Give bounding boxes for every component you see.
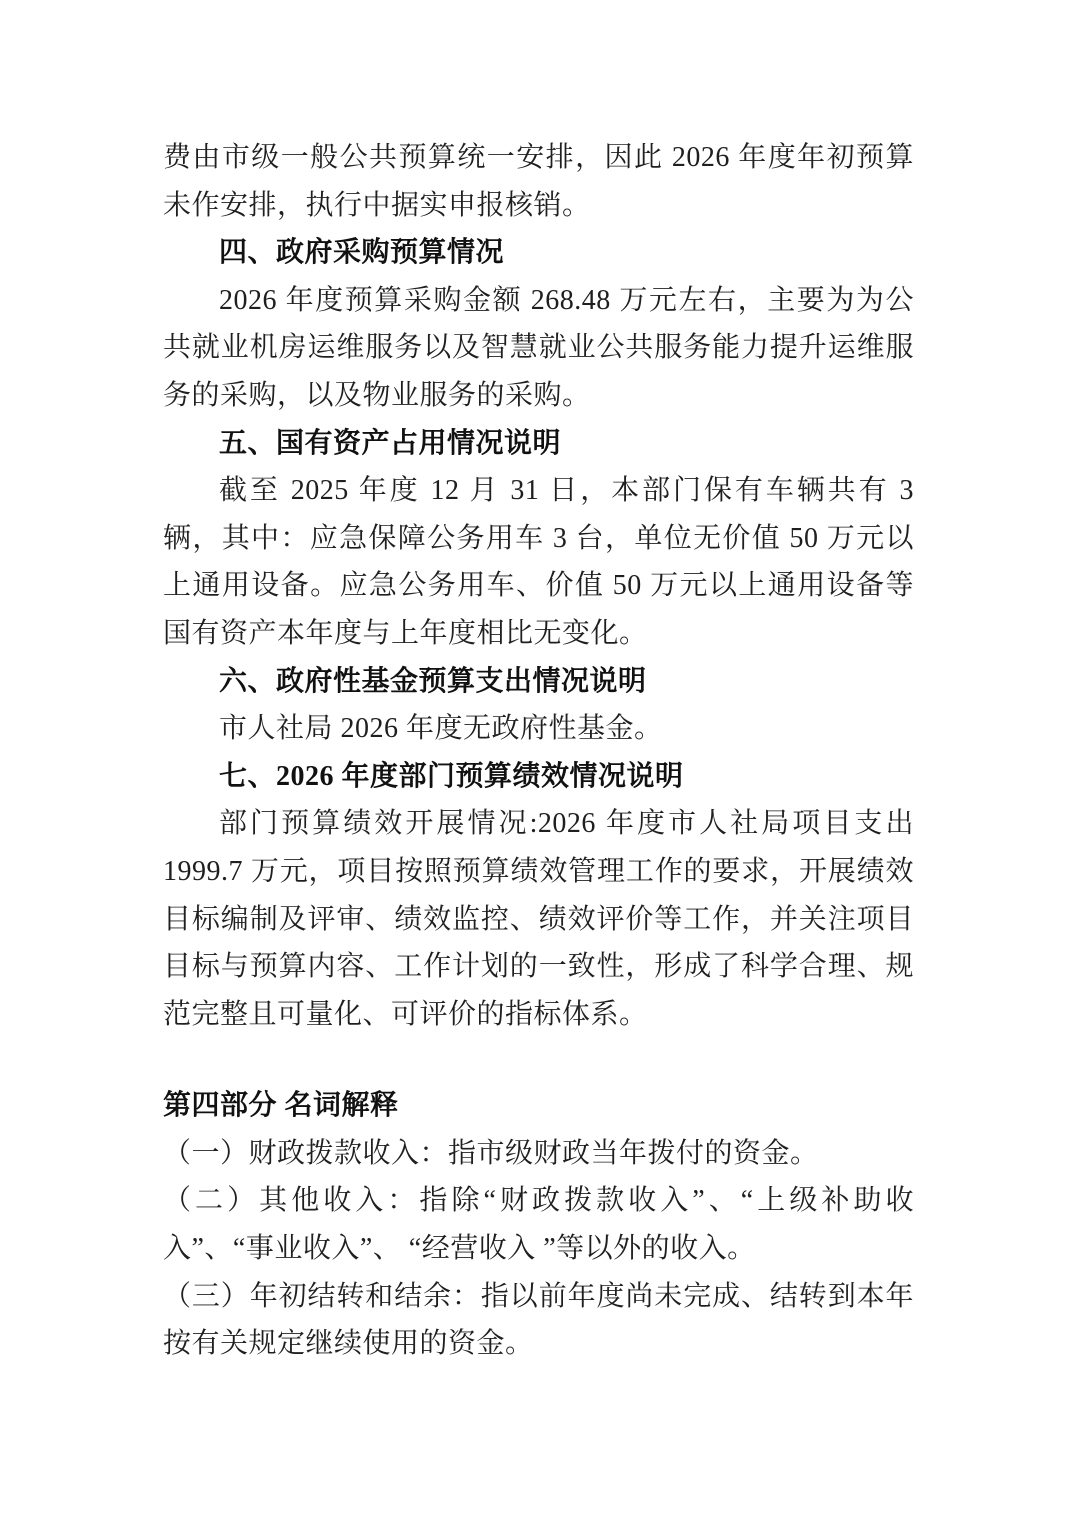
definition-carryover-and-surplus: （三）年初结转和结余：指以前年度尚未完成、结转到本年按有关规定继续使用的资金。: [163, 1273, 914, 1368]
section-heading-glossary: 第四部分 名词解释: [163, 1082, 914, 1130]
heading-state-assets: 五、国有资产占用情况说明: [163, 420, 914, 468]
paragraph-budget-performance-detail: 部门预算绩效开展情况:2026 年度市人社局项目支出 1999.7 万元，项目按…: [163, 800, 914, 1038]
definition-fiscal-appropriation-income: （一）财政拨款收入：指市级财政当年拨付的资金。: [163, 1130, 914, 1178]
paragraph-procurement-detail: 2026 年度预算采购金额 268.48 万元左右，主要为为公共就业机房运维服务…: [163, 277, 914, 420]
paragraph-budget-continuation: 费由市级一般公共预算统一安排，因此 2026 年度年初预算未作安排，执行中据实申…: [163, 134, 914, 229]
definition-other-income: （二）其他收入：指除“财政拨款收入”、“上级补助收入”、“事业收入”、 “经营收…: [163, 1177, 914, 1272]
heading-budget-performance: 七、2026 年度部门预算绩效情况说明: [163, 753, 914, 801]
heading-government-fund-budget: 六、政府性基金预算支出情况说明: [163, 658, 914, 706]
document-page: 费由市级一般公共预算统一安排，因此 2026 年度年初预算未作安排，执行中据实申…: [0, 0, 1074, 1520]
paragraph-government-fund-detail: 市人社局 2026 年度无政府性基金。: [163, 705, 914, 753]
paragraph-state-assets-detail: 截至 2025 年度 12 月 31 日，本部门保有车辆共有 3 辆，其中：应急…: [163, 467, 914, 657]
heading-government-procurement: 四、政府采购预算情况: [163, 229, 914, 277]
